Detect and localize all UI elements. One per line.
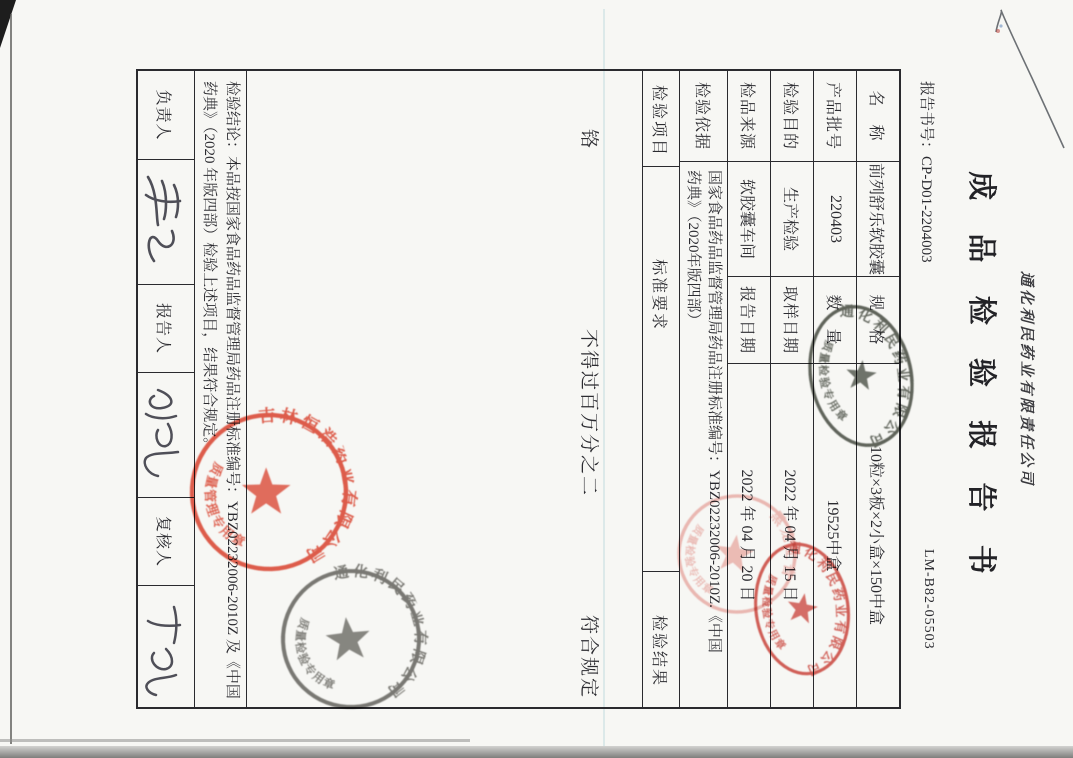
paper-curl-line xyxy=(0,0,1073,758)
curl-blue-tick xyxy=(999,24,1002,27)
scanned-report-page: 通化利民药业有限责任公司 成 品 检 验 报 告 书 报告书号：CP-D01-2… xyxy=(0,0,1073,758)
curl-red-tick xyxy=(996,29,1000,33)
